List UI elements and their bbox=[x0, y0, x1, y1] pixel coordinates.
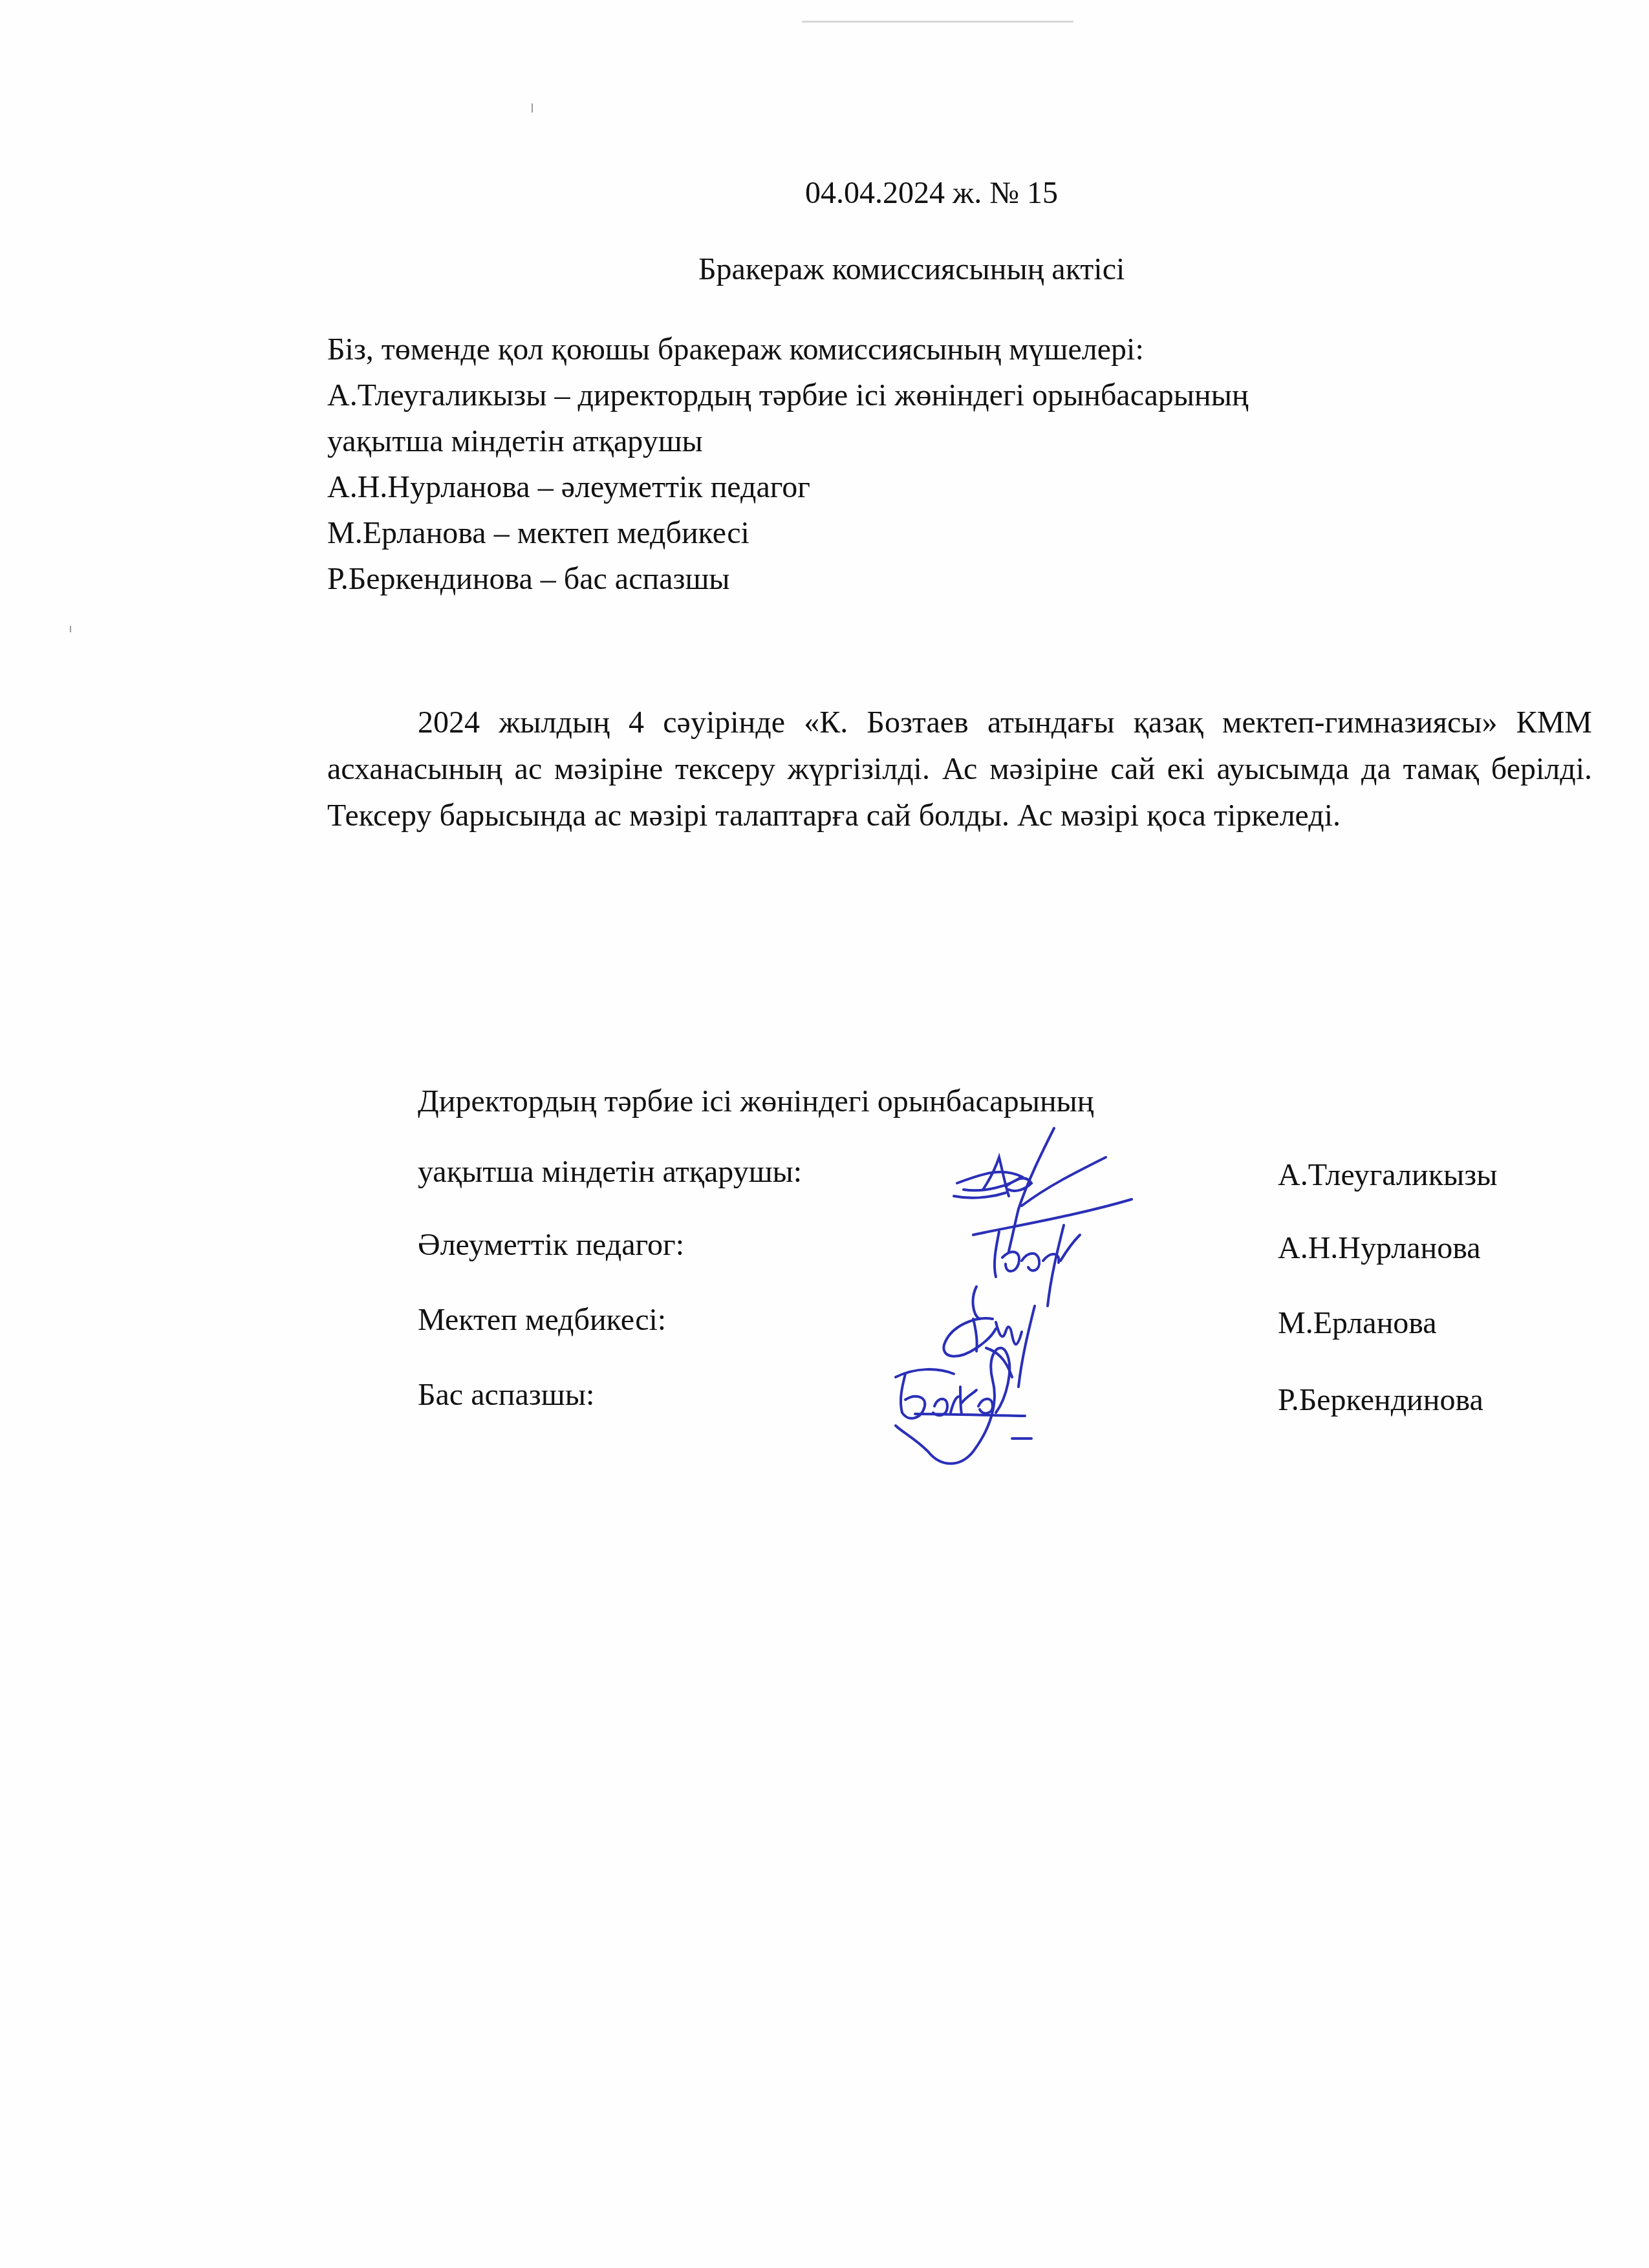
document-date-number: 04.04.2024 ж. № 15 bbox=[805, 178, 1058, 209]
signature-name: Р.Беркендинова bbox=[1278, 1382, 1483, 1418]
signature-role: Мектеп медбикесі: bbox=[418, 1302, 666, 1338]
inspection-paragraph: 2024 жылдың 4 сәуірінде «К. Бозтаев атын… bbox=[327, 700, 1592, 839]
scan-artifact-dot bbox=[70, 626, 71, 632]
signature-name: М.Ерланова bbox=[1278, 1305, 1437, 1341]
document-title: Бракераж комиссиясының актісі bbox=[698, 254, 1125, 285]
member-line: уақытша міндетін атқарушы bbox=[327, 418, 1556, 464]
signature-berkendinova-icon bbox=[876, 1342, 1044, 1471]
signature-name: А.Тлеугаликызы bbox=[1278, 1157, 1498, 1193]
scan-artifact-mark bbox=[532, 103, 533, 112]
member-line: А.Тлеугаликызы – директордың тәрбие ісі … bbox=[327, 372, 1556, 418]
signature-role: Бас аспазшы: bbox=[418, 1377, 594, 1413]
signature-role: уақытша міндетін атқарушы: bbox=[418, 1154, 802, 1190]
member-line: М.Ерланова – мектеп медбикесі bbox=[327, 510, 1556, 556]
signature-role: Әлеуметтік педагог: bbox=[418, 1227, 684, 1263]
document-page: 04.04.2024 ж. № 15 Бракераж комиссиясыны… bbox=[0, 0, 1649, 2268]
member-line: А.Н.Нурланова – әлеуметтік педагог bbox=[327, 464, 1556, 510]
signature-name: А.Н.Нурланова bbox=[1278, 1230, 1481, 1266]
members-intro: Біз, төменде қол қоюшы бракераж комиссия… bbox=[327, 326, 1556, 372]
signature-title-line: Директордың тәрбие ісі жөніндегі орынбас… bbox=[418, 1086, 1094, 1117]
member-line: Р.Беркендинова – бас аспазшы bbox=[327, 556, 1556, 602]
commission-members: Біз, төменде қол қоюшы бракераж комиссия… bbox=[327, 326, 1556, 602]
scan-artifact-top bbox=[802, 21, 1073, 23]
